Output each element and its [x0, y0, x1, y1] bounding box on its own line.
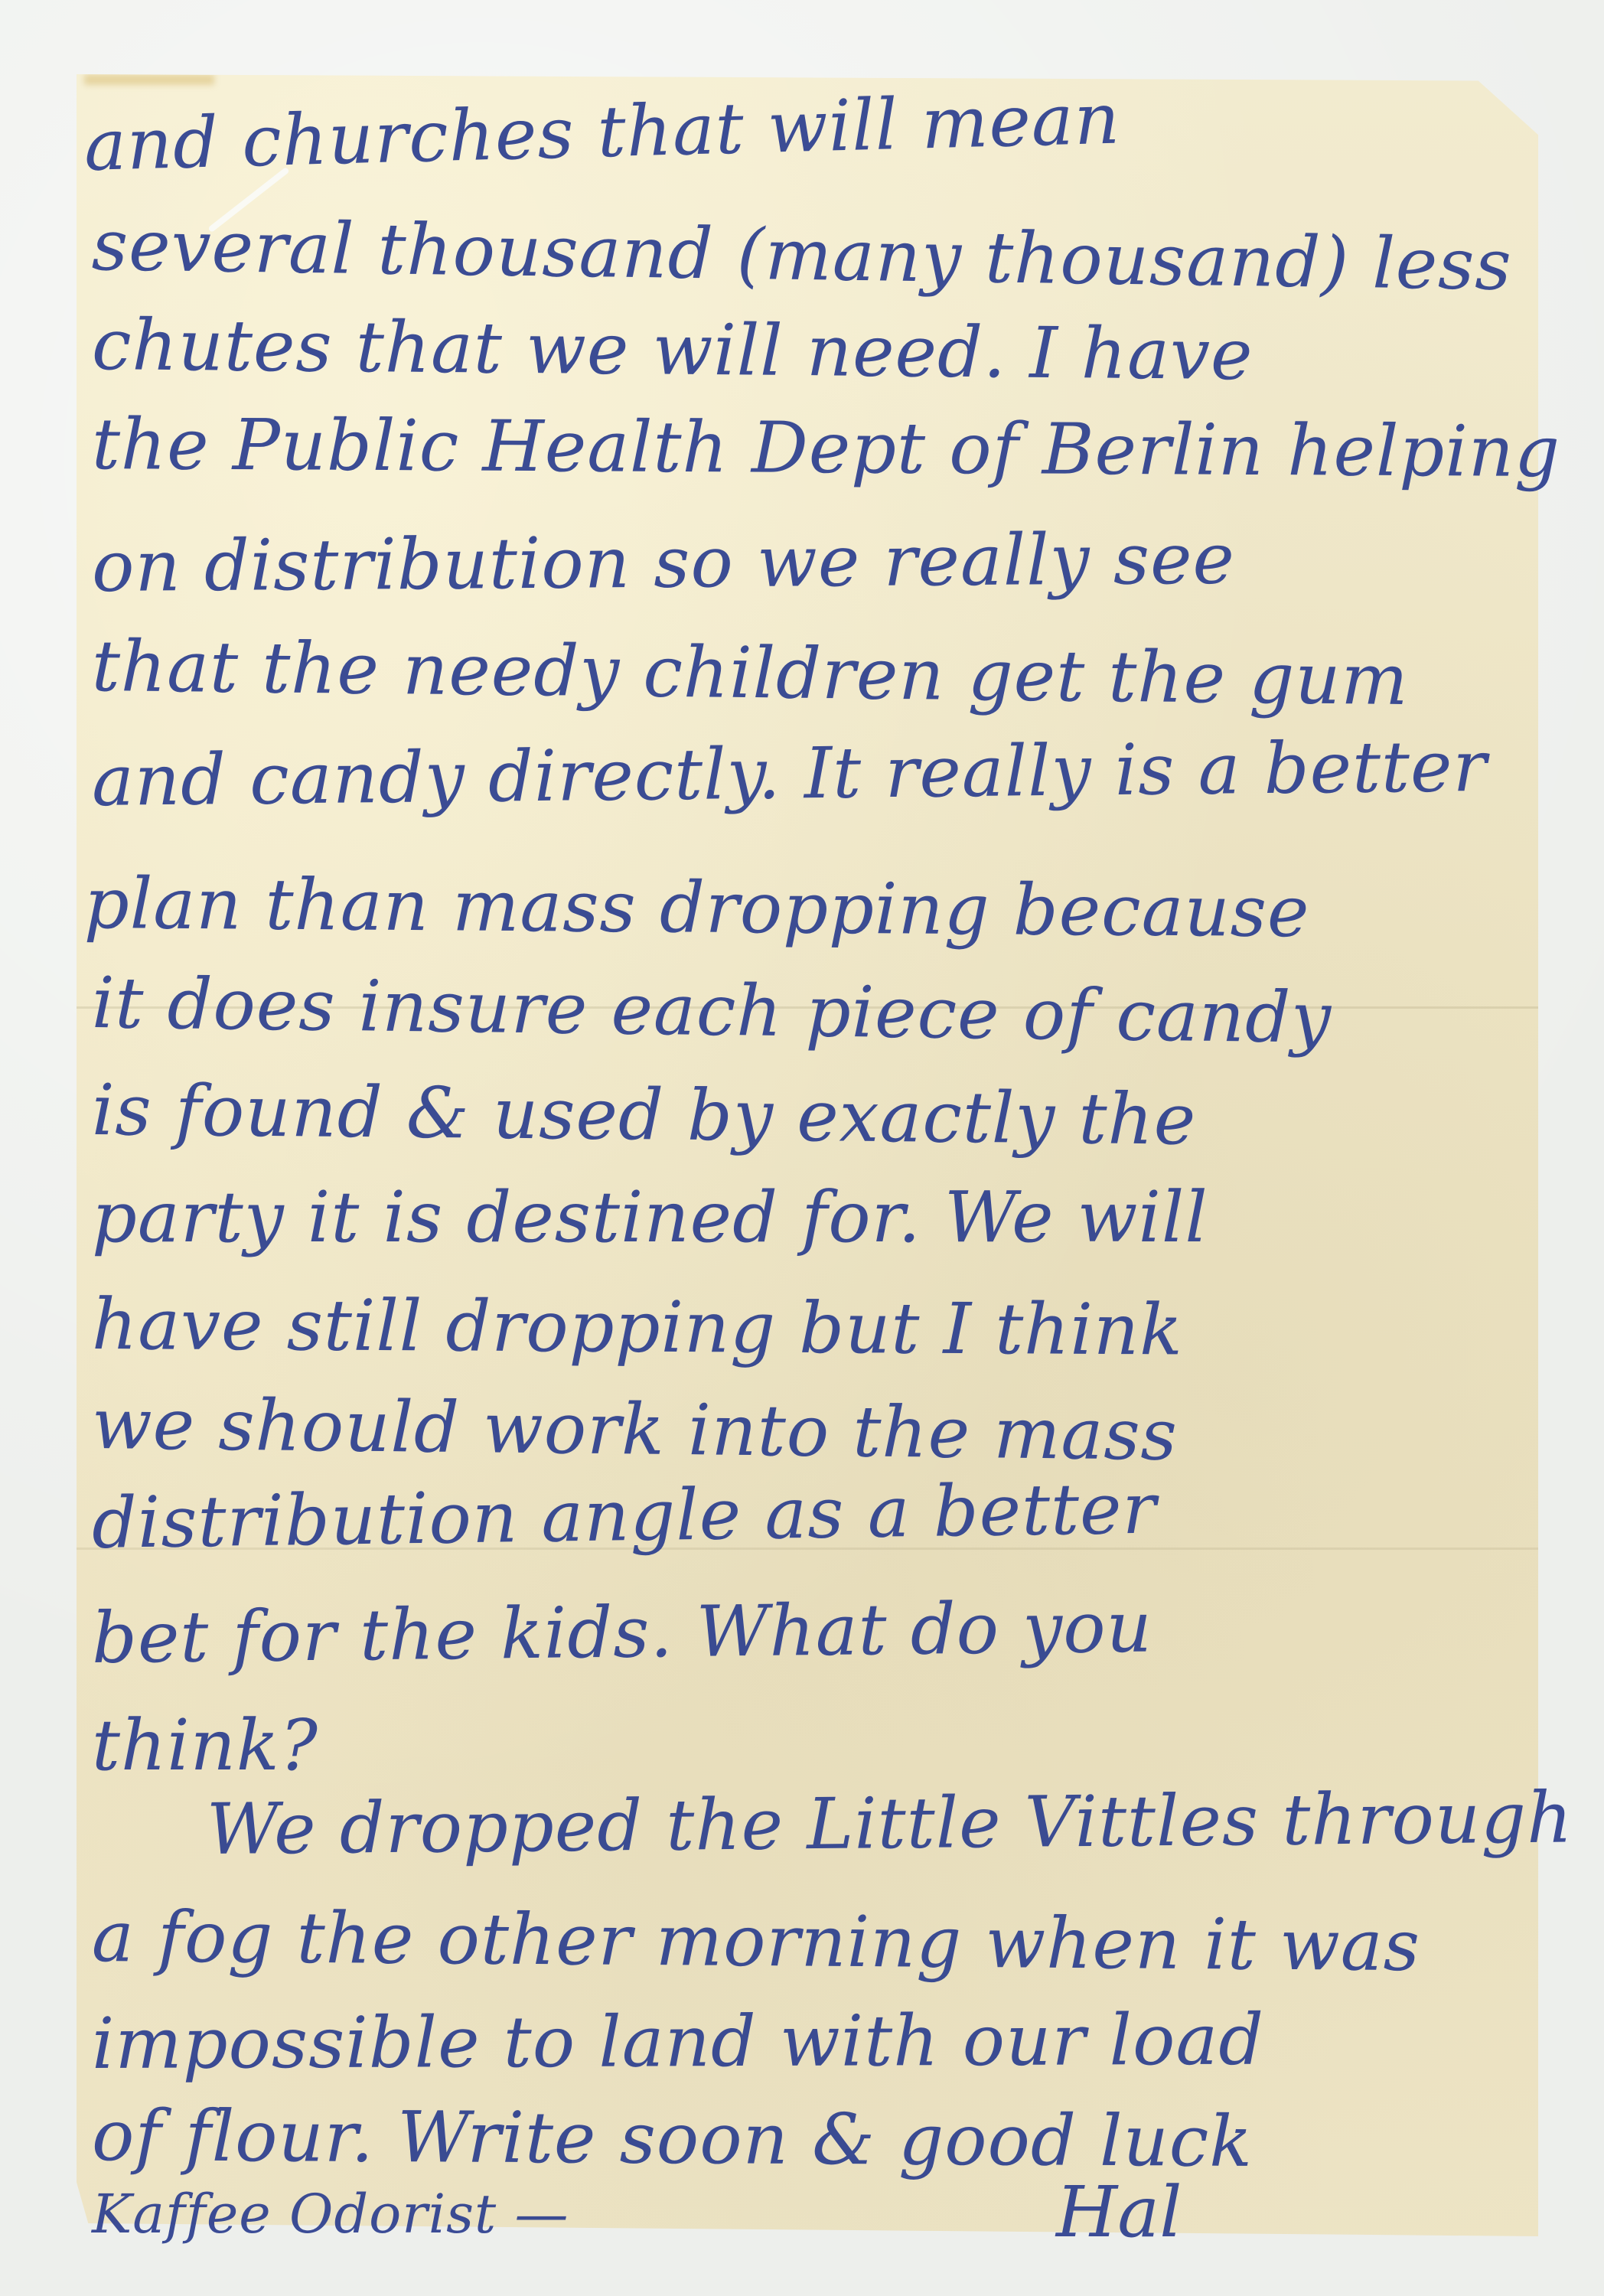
letter-line: a fog the other morning when it was [92, 1896, 1421, 1987]
letter-line: have still dropping but I think [92, 1283, 1183, 1371]
letter-line: We dropped the Little Vittles through [207, 1776, 1573, 1870]
letter-line: it does insure each piece of candy [91, 962, 1332, 1059]
letter-line: party it is destined for. We will [92, 1176, 1208, 1258]
letter-line: that the needy children get the gum [91, 625, 1409, 721]
letter-line: several thousand (many thousand) less [91, 204, 1512, 306]
letter-line: on distribution so we really see [92, 518, 1236, 608]
letter-line: and churches that will mean [83, 78, 1122, 187]
letter-line: of flour. Write soon & good luck [92, 2095, 1254, 2183]
letter-line: and candy directly. It really is a bette… [91, 726, 1487, 822]
letter-line: think? [92, 1704, 318, 1786]
letter-line: distribution angle as a better [91, 1468, 1157, 1564]
signature: Hal [1056, 2171, 1182, 2253]
letter-line: Kaffee Odorist — [92, 2183, 569, 2245]
letter-line: chutes that we will need. I have [92, 304, 1254, 396]
letter-line: the Public Health Dept of Berlin helping [92, 403, 1560, 493]
letter-line: impossible to land with our load [92, 1999, 1264, 2085]
letter-line: is found & used by exactly the [92, 1069, 1197, 1161]
letter-line: plan than mass dropping because [84, 863, 1310, 953]
letter-line: we should work into the mass [91, 1383, 1178, 1476]
letter-body: and churches that will mean several thou… [77, 74, 1538, 2236]
letter-line: bet for the kids. What do you [91, 1586, 1152, 1679]
